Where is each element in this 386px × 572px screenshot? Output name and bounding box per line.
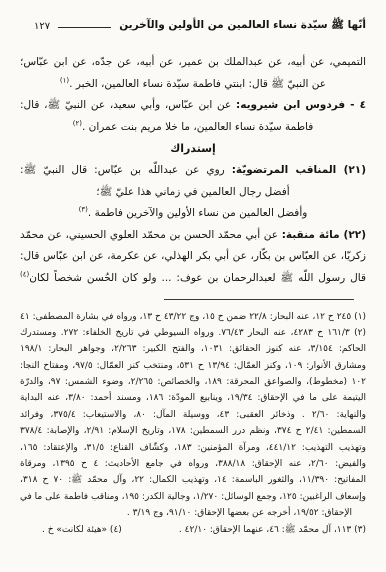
body-line: أفضل رجال العالمين في زماني هذا عليّ ﷺ؛	[20, 182, 366, 204]
body-line: وأفضل العالمين من نساء الأولين والآخرين …	[20, 203, 366, 225]
footnote-line: الحاكم: ٣/١٥٤، عنه كنوز الحقائق: ١٠٣١، و…	[20, 341, 366, 357]
footnote-line: المفاتيح: ١١/٣٩٠، والثغور الباسمة: ١٤، و…	[20, 472, 366, 488]
header-rule	[58, 27, 111, 28]
footnote-ref: (٤)	[20, 270, 29, 278]
footnote-4: (٤) «هيئة لكانت» خ .	[42, 522, 122, 538]
body-line: قال رسول اللّه ﷺ لعبدالرحمان بن عوف: ...…	[20, 268, 366, 290]
book-page: أنّها ﷺ سيّدة نساء العالمين من الأولين و…	[0, 0, 386, 572]
section-heading: إستدراك	[20, 138, 366, 160]
running-title: أنّها ﷺ سيّدة نساء العالمين من الأولين و…	[119, 19, 366, 34]
footnote-line: (٢) ١٦١/٣ ح ٤٢٨٣، عنه البحار ٧٦/٤٣. وروا…	[20, 325, 366, 341]
body-text: التميمي، عن أبيه، عن عبدالملك بن عمير، ع…	[20, 52, 366, 290]
book-title: ٤ - فردوس ابن شيرويه:	[236, 99, 366, 111]
footnote-3: (٣) ١١٣، آل محمّد ﷺ: ٤٦، عنهما الإحقاق: …	[179, 522, 366, 538]
footnote-line: ومشارق الأنوار: ١٠٩، وكنز العمّال: ١٣/٩٤…	[20, 358, 366, 374]
footnote-ref: (٢)	[73, 119, 82, 127]
body-line: فاطمة سيّدة نساء العالمين، ما خلا مريم ب…	[20, 117, 366, 139]
footnote-separator	[164, 299, 354, 300]
footnote-ref: (٣)	[79, 206, 88, 214]
footnote-line: الإحقاق: ١٩/٥٢، أخرجه عن بعضها الإحقاق: …	[20, 505, 366, 521]
footnote-line: والنهاية: ٢/٦٠ . وذخائر العقبى: ٤٣، ووسي…	[20, 407, 366, 423]
footnote-ref: (١)	[60, 76, 69, 84]
page-header: أنّها ﷺ سيّدة نساء العالمين من الأولين و…	[20, 18, 366, 34]
footnote-line: والفيض: ٢/٦٠، عنه الإحقاق: ٣٨٨/١٨، ورواه…	[20, 456, 366, 472]
footnote-line: ١٠٢ (مخطوط)، والصواعق المحرقة: ١٨٩، والخ…	[20, 374, 366, 390]
body-line: التميمي، عن أبيه، عن عبدالملك بن عمير، ع…	[20, 52, 366, 74]
footnote-line: اليتيمة على ما في الإحقاق: ١٩/٣٤، وينابي…	[20, 390, 366, 406]
footnote-line: (١) ٢٤٥ ح ١٢، عنه البحار: ٢٢/٨ ضمن ح ١٥،…	[20, 309, 366, 325]
footnote-line: وإسعاف الراغبين: ١٢٥، وجمع الوسائل: ١/٢٧…	[20, 489, 366, 505]
body-line: عن النبيّ ﷺ قال: ابنتي فاطمة سيّدة نساء …	[20, 74, 366, 96]
page-number: ١٢٧	[34, 21, 50, 32]
footnote-line: السمطين: ٢/٤١ ح ٣٧٤، ونظم درر السمطين: ١…	[20, 423, 366, 439]
body-line: ٤ - فردوس ابن شيرويه: عن ابن عبّاس، وأبي…	[20, 95, 366, 117]
book-title: (٢١) المناقب المرتضويّة:	[232, 164, 366, 176]
footnote-line: وتهذيب التهذيب: ٤٤١/١٢، ومرآة المؤمنين: …	[20, 440, 366, 456]
body-line: زكريّا، عن العبّاس بن بكّار، عن أبي بكر …	[20, 246, 366, 268]
body-line: (٢٢) مائة منقبة: عن أبي محمّد الحسن بن م…	[20, 225, 366, 247]
body-line: (٢١) المناقب المرتضويّة: روي عن عبداللّه…	[20, 160, 366, 182]
footnote-line: (٣) ١١٣، آل محمّد ﷺ: ٤٦، عنهما الإحقاق: …	[20, 522, 366, 538]
book-title: (٢٢) مائة منقبة:	[282, 229, 366, 241]
footnotes-block: (١) ٢٤٥ ح ١٢، عنه البحار: ٢٢/٨ ضمن ح ١٥،…	[20, 309, 366, 538]
